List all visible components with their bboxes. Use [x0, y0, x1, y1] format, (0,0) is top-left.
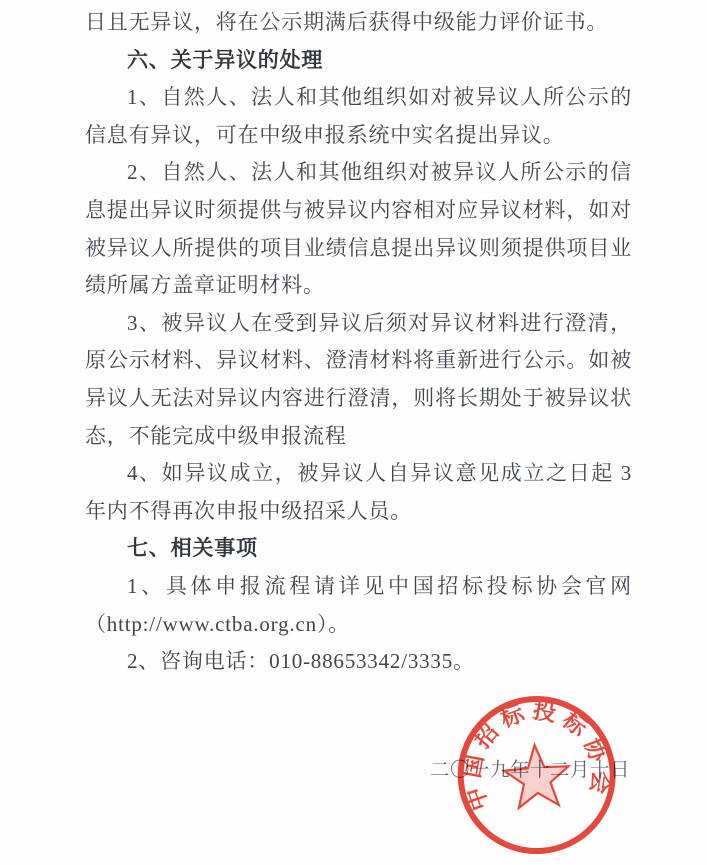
paragraph-objection-2: 2、自然人、法人和其他组织对被异议人所公示的信息提出异议时须提供与被异议内容相对… [85, 154, 632, 304]
paragraph-objection-1: 1、自然人、法人和其他组织如对被异议人所公示的信息有异议，可在中级申报系统中实名… [85, 79, 632, 154]
section-heading-objection-handling: 六、关于异议的处理 [85, 42, 632, 80]
document-page: 日且无异议，将在公示期满后获得中级能力评价证书。 六、关于异议的处理 1、自然人… [0, 0, 707, 865]
section-heading-related-matters: 七、相关事项 [85, 530, 632, 568]
paragraph-related-2: 2、咨询电话：010-88653342/3335。 [85, 643, 632, 681]
official-seal-stamp: 中国招标投标协会 [446, 689, 627, 865]
paragraph-objection-4: 4、如异议成立，被异议人自异议意见成立之日起 3 年内不得再次申报中级招采人员。 [85, 455, 632, 530]
paragraph-continuation: 日且无异议，将在公示期满后获得中级能力评价证书。 [85, 4, 632, 42]
document-body: 日且无异议，将在公示期满后获得中级能力评价证书。 六、关于异议的处理 1、自然人… [85, 4, 632, 681]
paragraph-related-1: 1、具体申报流程请详见中国招标投标协会官网（http://www.ctba.or… [85, 568, 632, 643]
star-icon [502, 743, 571, 809]
paragraph-objection-3: 3、被异议人在受到异议后须对异议材料进行澄清，原公示材料、异议材料、澄清材料将重… [85, 305, 632, 455]
